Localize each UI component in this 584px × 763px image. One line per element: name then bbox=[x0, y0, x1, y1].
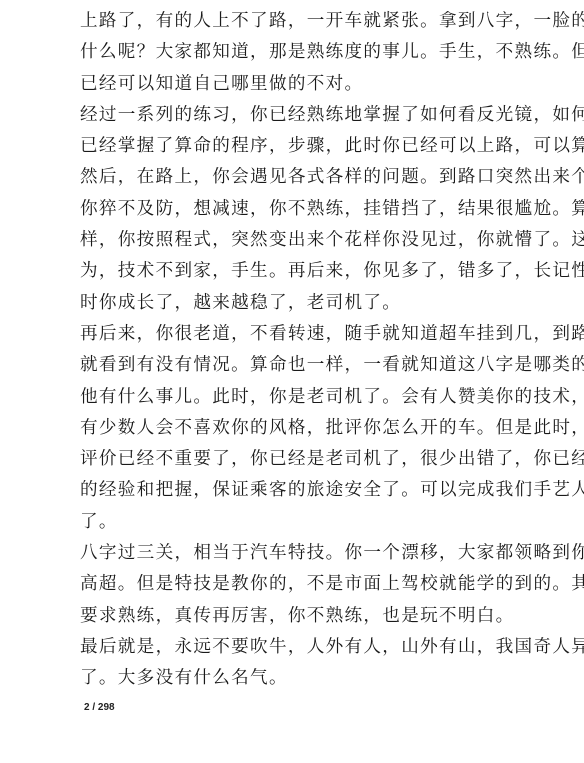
text-line: 评价已经不重要了，你已经是老司机了，很少出错了，你已经有足够 bbox=[80, 444, 504, 475]
text-line: 然后，在路上，你会遇见各式各样的问题。到路口突然出来个行人， bbox=[80, 162, 504, 193]
text-line: 的经验和把握，保证乘客的旅途安全了。可以完成我们手艺人的使命 bbox=[80, 475, 504, 506]
text-line: 经过一系列的练习，你已经熟练地掌握了如何看反光镜，如何挂档， bbox=[80, 100, 504, 131]
text-line: 已经掌握了算命的程序，步骤，此时你已经可以上路，可以算命。再 bbox=[80, 131, 504, 162]
document-page: 上路了，有的人上不了路，一开车就紧张。拿到八字，一脸的懵。为 什么呢？大家都知道… bbox=[0, 0, 584, 763]
document-body: 上路了，有的人上不了路，一开车就紧张。拿到八字，一脸的懵。为 什么呢？大家都知道… bbox=[80, 6, 504, 695]
text-line: 样，你按照程式，突然变出来个花样你没见过，你就懵了。这还是因 bbox=[80, 225, 504, 256]
text-line: 他有什么事儿。此时，你是老司机了。会有人赞美你的技术，但是也 bbox=[80, 382, 504, 413]
text-line: 你猝不及防，想减速，你不熟练，挂错挡了，结果很尴尬。算命也一 bbox=[80, 194, 504, 225]
text-line: 就看到有没有情况。算命也一样，一看就知道这八字是哪类的东西， bbox=[80, 350, 504, 381]
text-line: 要求熟练，真传再厉害，你不熟练，也是玩不明白。 bbox=[80, 601, 504, 632]
text-line: 八字过三关，相当于汽车特技。你一个漂移，大家都领略到你的技术 bbox=[80, 538, 504, 569]
text-line: 已经可以知道自己哪里做的不对。 bbox=[80, 69, 504, 100]
text-line: 有少数人会不喜欢你的风格，批评你怎么开的车。但是此时，别人的 bbox=[80, 413, 504, 444]
text-line: 什么呢？大家都知道，那是熟练度的事儿。手生，不熟练。但是此时 bbox=[80, 37, 504, 68]
text-line: 为，技术不到家，手生。再后来，你见多了，错多了，长记性了，此 bbox=[80, 256, 504, 287]
text-line: 再后来，你很老道，不看转速，随手就知道超车挂到几，到路口余光 bbox=[80, 319, 504, 350]
text-line: 时你成长了，越来越稳了，老司机了。 bbox=[80, 288, 504, 319]
text-line: 最后就是，永远不要吹牛，人外有人，山外有山，我国奇人异士太多 bbox=[80, 632, 504, 663]
text-line: 了。大多没有什么名气。 bbox=[80, 663, 504, 694]
text-line: 高超。但是特技是教你的，不是市面上驾校就能学的到的。其次，它 bbox=[80, 569, 504, 600]
page-number: 2 / 298 bbox=[84, 702, 115, 713]
text-line: 了。 bbox=[80, 507, 504, 538]
text-line: 上路了，有的人上不了路，一开车就紧张。拿到八字，一脸的懵。为 bbox=[80, 6, 504, 37]
